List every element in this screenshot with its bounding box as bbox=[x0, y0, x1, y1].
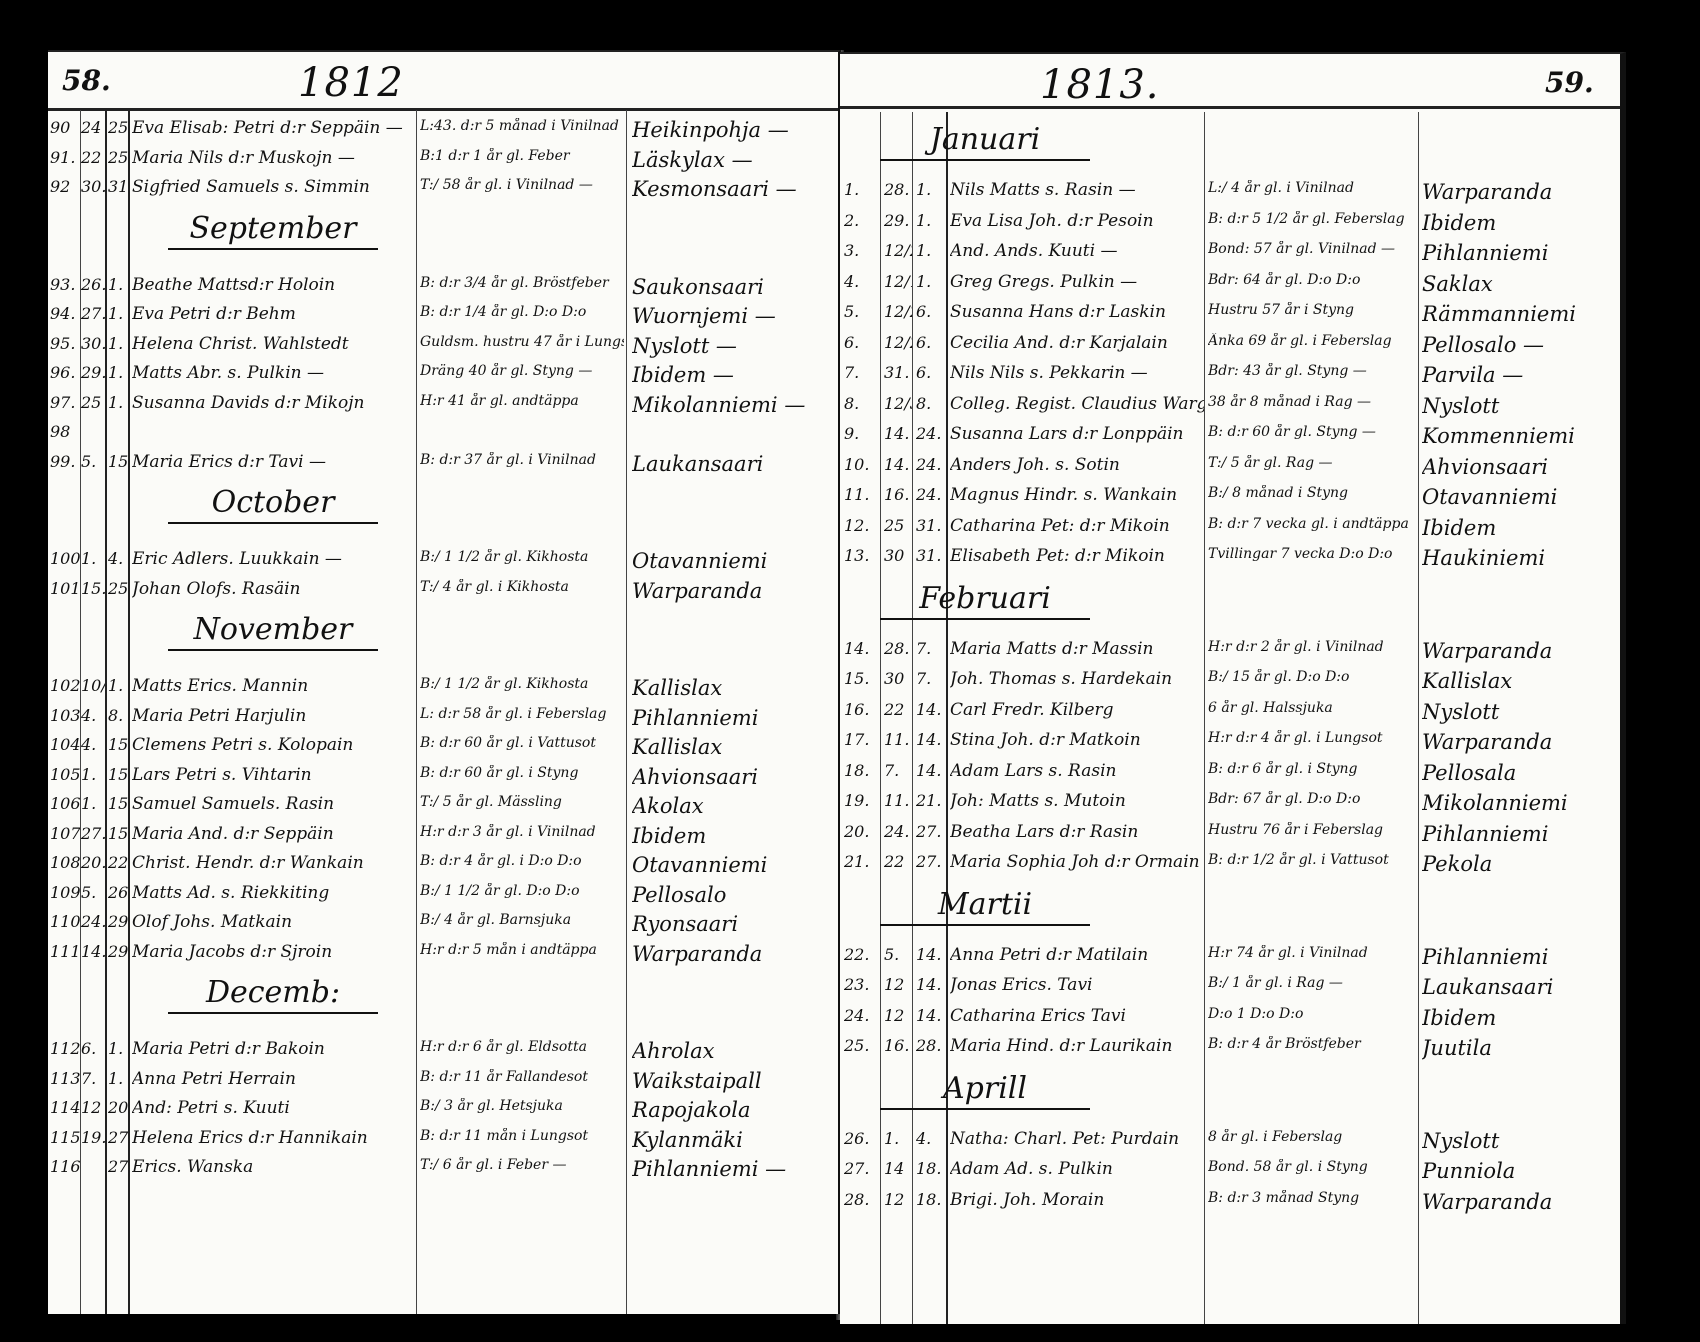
age-and-cause: B:/ 1 1/2 år gl. Kikhosta bbox=[420, 676, 624, 692]
entry-number: 112. bbox=[50, 1039, 80, 1058]
register-row: 113.7.1.Anna Petri HerrainB: d:r 11 år F… bbox=[48, 1069, 838, 1099]
burial-date: 1. bbox=[916, 211, 946, 230]
age-and-cause: Bdr: 43 år gl. Styng — bbox=[1208, 363, 1416, 379]
deceased-name: Matts Ad. s. Riekkiting bbox=[132, 883, 416, 903]
entry-number: 3. bbox=[844, 241, 880, 260]
age-and-cause: B: d:r 1/4 år gl. D:o D:o bbox=[420, 304, 624, 320]
deceased-name: Susanna Hans d:r Laskin bbox=[950, 302, 1204, 322]
burial-date: 1. bbox=[108, 363, 130, 382]
register-row: 5.12/24.6.Susanna Hans d:r LaskinHustru … bbox=[840, 302, 1620, 332]
village: Saklax bbox=[1422, 272, 1618, 296]
village: Nyslott bbox=[1422, 700, 1618, 724]
age-and-cause: H:r d:r 6 år gl. Eldsotta bbox=[420, 1039, 624, 1055]
entry-number: 21. bbox=[844, 852, 880, 871]
death-date: 28. bbox=[884, 180, 912, 199]
deceased-name: Maria Petri d:r Bakoin bbox=[132, 1039, 416, 1059]
death-date: 12/26. bbox=[884, 241, 912, 260]
age-and-cause: B: d:r 6 år gl. i Styng bbox=[1208, 761, 1416, 777]
entry-number: 103. bbox=[50, 706, 80, 725]
register-row: 95.30.1.Helena Christ. WahlstedtGuldsm. … bbox=[48, 334, 838, 364]
age-and-cause: B:/ 3 år gl. Hetsjuka bbox=[420, 1098, 624, 1114]
entry-number: 108. bbox=[50, 853, 80, 872]
death-date: 14. bbox=[81, 942, 105, 961]
entry-number: 4. bbox=[844, 272, 880, 291]
deceased-name: Colleg. Regist. Claudius Wargentin bbox=[950, 394, 1204, 414]
burial-date: 24. bbox=[916, 455, 946, 474]
deceased-name: Matts Erics. Mannin bbox=[132, 676, 416, 696]
deceased-name: Greg Gregs. Pulkin — bbox=[950, 272, 1204, 292]
death-date: 5. bbox=[884, 945, 912, 964]
village: Warparanda bbox=[1422, 730, 1618, 754]
death-date: 19. bbox=[81, 1128, 105, 1147]
age-and-cause: H:r 41 år gl. andtäppa bbox=[420, 393, 624, 409]
burial-date: 1. bbox=[108, 304, 130, 323]
village: Mikolanniemi — bbox=[632, 393, 832, 417]
deceased-name: Joh: Matts s. Mutoin bbox=[950, 791, 1204, 811]
entry-number: 23. bbox=[844, 975, 880, 994]
burial-date: 15. bbox=[108, 765, 130, 784]
burial-date: 7. bbox=[916, 639, 946, 658]
deceased-name: Helena Christ. Wahlstedt bbox=[132, 334, 416, 354]
entry-number: 90 bbox=[50, 118, 80, 137]
entry-number: 109. bbox=[50, 883, 80, 902]
deceased-name: Christ. Hendr. d:r Wankain bbox=[132, 853, 416, 873]
page-year: 1813. bbox=[1040, 62, 1160, 108]
burial-date: 31. bbox=[916, 516, 946, 535]
age-and-cause: B: d:r 1/2 år gl. i Vattusot bbox=[1208, 852, 1416, 868]
death-date: 12 bbox=[884, 975, 912, 994]
burial-date: 15. bbox=[108, 794, 130, 813]
burial-date: 6. bbox=[916, 302, 946, 321]
entry-number: 8. bbox=[844, 394, 880, 413]
deceased-name: Catharina Erics Tavi bbox=[950, 1006, 1204, 1026]
register-row: 100.1.4.Eric Adlers. Luukkain —B:/ 1 1/2… bbox=[48, 549, 838, 579]
entry-number: 96. bbox=[50, 363, 80, 382]
village: Laukansaari bbox=[1422, 975, 1618, 999]
register-row: 94.27.1.Eva Petri d:r BehmB: d:r 1/4 år … bbox=[48, 304, 838, 334]
death-date: 14. bbox=[884, 455, 912, 474]
deceased-name: Natha: Charl. Pet: Purdain bbox=[950, 1129, 1204, 1149]
deceased-name: Stina Joh. d:r Matkoin bbox=[950, 730, 1204, 750]
village: Ahvionsaari bbox=[632, 765, 832, 789]
entry-number: 20. bbox=[844, 822, 880, 841]
death-date: 22 bbox=[81, 148, 105, 167]
register-row: 93.26.1.Beathe Mattsd:r HoloinB: d:r 3/4… bbox=[48, 275, 838, 305]
village: Pihlanniemi — bbox=[632, 1157, 832, 1181]
age-and-cause: B: d:r 11 mån i Lungsot bbox=[420, 1128, 624, 1144]
entry-number: 106. bbox=[50, 794, 80, 813]
entry-number: 100. bbox=[50, 549, 80, 568]
register-row: 9230.31.Sigfried Samuels s. SimminT:/ 58… bbox=[48, 177, 838, 207]
death-date: 14 bbox=[884, 1159, 912, 1178]
age-and-cause: B: d:r 60 år gl. Styng — bbox=[1208, 424, 1416, 440]
deceased-name: Maria Matts d:r Massin bbox=[950, 639, 1204, 659]
age-and-cause: B: d:r 4 år Bröstfeber bbox=[1208, 1036, 1416, 1052]
age-and-cause: B: d:r 11 år Fallandesot bbox=[420, 1069, 624, 1085]
entry-number: 25. bbox=[844, 1036, 880, 1055]
burial-date: 20. bbox=[108, 1098, 130, 1117]
entry-number: 13. bbox=[844, 546, 880, 565]
village: Otavanniemi bbox=[632, 853, 832, 877]
entry-number: 26. bbox=[844, 1129, 880, 1148]
register-row: 99.5.15.Maria Erics d:r Tavi —B: d:r 37 … bbox=[48, 452, 838, 482]
entry-number: 17. bbox=[844, 730, 880, 749]
right-page: 1813. 59. Januari1.28.1.Nils Matts s. Ra… bbox=[840, 52, 1626, 1324]
age-and-cause: B: d:r 4 år gl. i D:o D:o bbox=[420, 853, 624, 869]
age-and-cause: Tvillingar 7 vecka D:o D:o bbox=[1208, 546, 1416, 562]
village: Warparanda bbox=[1422, 1190, 1618, 1214]
register-row: 24.1214.Catharina Erics TaviD:o 1 D:o D:… bbox=[840, 1006, 1620, 1036]
burial-date: 15. bbox=[108, 824, 130, 843]
burial-date: 8. bbox=[916, 394, 946, 413]
register-row: 105.1.15.Lars Petri s. VihtarinB: d:r 60… bbox=[48, 765, 838, 795]
age-and-cause: B: d:r 7 vecka gl. i andtäppa bbox=[1208, 516, 1416, 532]
village: Kallislax bbox=[1422, 669, 1618, 693]
age-and-cause: B: d:r 37 år gl. i Vinilnad bbox=[420, 452, 624, 468]
burial-date: 25. bbox=[108, 118, 130, 137]
death-date: 16. bbox=[884, 1036, 912, 1055]
deceased-name: Carl Fredr. Kilberg bbox=[950, 700, 1204, 720]
entry-number: 7. bbox=[844, 363, 880, 382]
burial-date: 1. bbox=[916, 272, 946, 291]
village: Ibidem bbox=[1422, 1006, 1618, 1030]
entry-number: 99. bbox=[50, 452, 80, 471]
register-row: 25.16.28.Maria Hind. d:r LaurikainB: d:r… bbox=[840, 1036, 1620, 1066]
death-date: 4. bbox=[81, 735, 105, 754]
village: Ryonsaari bbox=[632, 912, 832, 936]
burial-date: 18. bbox=[916, 1190, 946, 1209]
entry-number: 107. bbox=[50, 824, 80, 843]
month-heading: Februari bbox=[880, 581, 1090, 620]
burial-date: 24. bbox=[916, 485, 946, 504]
age-and-cause: B: d:r 60 år gl. i Styng bbox=[420, 765, 624, 781]
age-and-cause: 6 år gl. Halssjuka bbox=[1208, 700, 1416, 716]
burial-date: 14. bbox=[916, 975, 946, 994]
death-date: 20. bbox=[81, 853, 105, 872]
age-and-cause: H:r d:r 5 mån i andtäppa bbox=[420, 942, 624, 958]
entry-number: 18. bbox=[844, 761, 880, 780]
village: Otavanniemi bbox=[632, 549, 832, 573]
deceased-name: Beatha Lars d:r Rasin bbox=[950, 822, 1204, 842]
deceased-name: Sigfried Samuels s. Simmin bbox=[132, 177, 416, 197]
burial-date: 6. bbox=[916, 333, 946, 352]
month-heading: October bbox=[168, 485, 378, 524]
burial-date: 14. bbox=[916, 700, 946, 719]
village: Warparanda bbox=[1422, 180, 1618, 204]
deceased-name: And. Ands. Kuuti — bbox=[950, 241, 1204, 261]
burial-date: 14. bbox=[916, 761, 946, 780]
village: Kallislax bbox=[632, 735, 832, 759]
burial-date: 15. bbox=[108, 735, 130, 754]
entry-number: 105. bbox=[50, 765, 80, 784]
village: Haukiniemi bbox=[1422, 546, 1618, 570]
burial-date: 14. bbox=[916, 730, 946, 749]
death-date: 14. bbox=[884, 424, 912, 443]
age-and-cause: B: d:r 3 månad Styng bbox=[1208, 1190, 1416, 1206]
village: Saukonsaari bbox=[632, 275, 832, 299]
age-and-cause: Dräng 40 år gl. Styng — bbox=[420, 363, 624, 379]
village: Mikolanniemi bbox=[1422, 791, 1618, 815]
death-date: 27. bbox=[81, 304, 105, 323]
burial-date: 1. bbox=[108, 393, 130, 412]
burial-date: 26. bbox=[108, 883, 130, 902]
left-page: 58. 1812 902425.Eva Elisab: Petri d:r Se… bbox=[48, 50, 841, 1314]
entry-number: 19. bbox=[844, 791, 880, 810]
register-row: 18.7.14.Adam Lars s. RasinB: d:r 6 år gl… bbox=[840, 761, 1620, 791]
death-date: 7. bbox=[81, 1069, 105, 1088]
village: Ahvionsaari bbox=[1422, 455, 1618, 479]
village: Pihlanniemi bbox=[1422, 822, 1618, 846]
burial-date: 8. bbox=[108, 706, 130, 725]
deceased-name: Maria Petri Harjulin bbox=[132, 706, 416, 726]
entry-number: 97. bbox=[50, 393, 80, 412]
village: Heikinpohja — bbox=[632, 118, 832, 142]
death-date: 7. bbox=[884, 761, 912, 780]
village: Ibidem — bbox=[632, 363, 832, 387]
deceased-name: Eva Petri d:r Behm bbox=[132, 304, 416, 324]
register-row: 103.4.8.Maria Petri HarjulinL: d:r 58 år… bbox=[48, 706, 838, 736]
age-and-cause: B:/ 1 1/2 år gl. Kikhosta bbox=[420, 549, 624, 565]
village: Ibidem bbox=[1422, 211, 1618, 235]
entry-number: 104. bbox=[50, 735, 80, 754]
village: Pihlanniemi bbox=[632, 706, 832, 730]
death-date: 11. bbox=[884, 730, 912, 749]
entry-number: 28. bbox=[844, 1190, 880, 1209]
age-and-cause: Guldsm. hustru 47 år i Lungsot bbox=[420, 334, 624, 350]
register-row: 4.12/15.1.Greg Gregs. Pulkin —Bdr: 64 år… bbox=[840, 272, 1620, 302]
register-row: 106.1.15.Samuel Samuels. RasinT:/ 5 år g… bbox=[48, 794, 838, 824]
village: Pellosala bbox=[1422, 761, 1618, 785]
death-date: 1. bbox=[81, 549, 105, 568]
register-row: 11.16.24.Magnus Hindr. s. WankainB:/ 8 m… bbox=[840, 485, 1620, 515]
village: Punniola bbox=[1422, 1159, 1618, 1183]
entry-number: 102. bbox=[50, 676, 80, 695]
register-row: 109.5.26.Matts Ad. s. RiekkitingB:/ 1 1/… bbox=[48, 883, 838, 913]
register-row: 23.1214.Jonas Erics. TaviB:/ 1 år gl. i … bbox=[840, 975, 1620, 1005]
age-and-cause: Bond. 58 år gl. i Styng bbox=[1208, 1159, 1416, 1175]
entry-number: 1. bbox=[844, 180, 880, 199]
age-and-cause: B:/ 15 år gl. D:o D:o bbox=[1208, 669, 1416, 685]
deceased-name: Nils Matts s. Rasin — bbox=[950, 180, 1204, 200]
register-row: 22.5.14.Anna Petri d:r MatilainH:r 74 år… bbox=[840, 945, 1620, 975]
death-date: 27. bbox=[81, 824, 105, 843]
register-row: 96.29.1.Matts Abr. s. Pulkin —Dräng 40 å… bbox=[48, 363, 838, 393]
month-heading: Januari bbox=[880, 122, 1090, 161]
death-date: 30 bbox=[884, 669, 912, 688]
entry-number: 114. bbox=[50, 1098, 80, 1117]
age-and-cause: Hustru 57 år i Styng bbox=[1208, 302, 1416, 318]
burial-date: 1. bbox=[108, 676, 130, 695]
death-date: 30. bbox=[81, 334, 105, 353]
register-row: 102.10/18.1.Matts Erics. ManninB:/ 1 1/2… bbox=[48, 676, 838, 706]
deceased-name: Maria Jacobs d:r Sjroin bbox=[132, 942, 416, 962]
header-rule bbox=[48, 108, 838, 111]
death-date: 24 bbox=[81, 118, 105, 137]
burial-date: 29. bbox=[108, 912, 130, 931]
register-row: 6.12/25.6.Cecilia And. d:r KarjalainÄnka… bbox=[840, 333, 1620, 363]
burial-date: 27. bbox=[916, 852, 946, 871]
burial-date: 14. bbox=[916, 1006, 946, 1025]
village: Kesmonsaari — bbox=[632, 177, 832, 201]
register-row: 3.12/26.1.And. Ands. Kuuti —Bond: 57 år … bbox=[840, 241, 1620, 271]
death-date: 15. bbox=[81, 579, 105, 598]
entry-number: 93. bbox=[50, 275, 80, 294]
deceased-name: And: Petri s. Kuuti bbox=[132, 1098, 416, 1118]
age-and-cause: Bdr: 67 år gl. D:o D:o bbox=[1208, 791, 1416, 807]
entry-number: 15. bbox=[844, 669, 880, 688]
age-and-cause: H:r d:r 3 år gl. i Vinilnad bbox=[420, 824, 624, 840]
deceased-name: Anna Petri d:r Matilain bbox=[950, 945, 1204, 965]
deceased-name: Cecilia And. d:r Karjalain bbox=[950, 333, 1204, 353]
village: Kallislax bbox=[632, 676, 832, 700]
register-row: 21.2227.Maria Sophia Joh d:r OrmainB: d:… bbox=[840, 852, 1620, 882]
entry-number: 5. bbox=[844, 302, 880, 321]
village: Pihlanniemi bbox=[1422, 241, 1618, 265]
burial-date: 7. bbox=[916, 669, 946, 688]
burial-date: 1. bbox=[916, 241, 946, 260]
page-number: 58. bbox=[62, 64, 111, 97]
village: Warparanda bbox=[632, 942, 832, 966]
age-and-cause: B:/ 8 månad i Styng bbox=[1208, 485, 1416, 501]
village: Akolax bbox=[632, 794, 832, 818]
death-date: 4. bbox=[81, 706, 105, 725]
register-row: 107.27.15.Maria And. d:r SeppäinH:r d:r … bbox=[48, 824, 838, 854]
deceased-name: Adam Ad. s. Pulkin bbox=[950, 1159, 1204, 1179]
age-and-cause: T:/ 5 år gl. Rag — bbox=[1208, 455, 1416, 471]
entry-number: 113. bbox=[50, 1069, 80, 1088]
age-and-cause: H:r 74 år gl. i Vinilnad bbox=[1208, 945, 1416, 961]
village: Läskylax — bbox=[632, 148, 832, 172]
deceased-name: Elisabeth Pet: d:r Mikoin bbox=[950, 546, 1204, 566]
deceased-name: Clemens Petri s. Kolopain bbox=[132, 735, 416, 755]
age-and-cause: B: d:r 3/4 år gl. Bröstfeber bbox=[420, 275, 624, 291]
age-and-cause: Bdr: 64 år gl. D:o D:o bbox=[1208, 272, 1416, 288]
register-row: 10.14.24.Anders Joh. s. SotinT:/ 5 år gl… bbox=[840, 455, 1620, 485]
entry-number: 11. bbox=[844, 485, 880, 504]
death-date: 28. bbox=[884, 639, 912, 658]
entry-number: 95. bbox=[50, 334, 80, 353]
entry-number: 98 bbox=[50, 422, 80, 441]
deceased-name: Lars Petri s. Vihtarin bbox=[132, 765, 416, 785]
age-and-cause: Änka 69 år gl. i Feberslag bbox=[1208, 333, 1416, 349]
register-row: 112.6.1.Maria Petri d:r BakoinH:r d:r 6 … bbox=[48, 1039, 838, 1069]
deceased-name: Maria Nils d:r Muskojn — bbox=[132, 148, 416, 168]
death-date: 6. bbox=[81, 1039, 105, 1058]
burial-date: 6. bbox=[916, 363, 946, 382]
burial-date: 27. bbox=[108, 1128, 130, 1147]
burial-date: 24. bbox=[916, 424, 946, 443]
village: Juutila bbox=[1422, 1036, 1618, 1060]
death-date: 25 bbox=[884, 516, 912, 535]
village: Ahrolax bbox=[632, 1039, 832, 1063]
deceased-name: Jonas Erics. Tavi bbox=[950, 975, 1204, 995]
register-row: 12.2531.Catharina Pet: d:r MikoinB: d:r … bbox=[840, 516, 1620, 546]
death-date: 12/31. bbox=[884, 394, 912, 413]
deceased-name: Adam Lars s. Rasin bbox=[950, 761, 1204, 781]
deceased-name: Magnus Hindr. s. Wankain bbox=[950, 485, 1204, 505]
register-row: 9.14.24.Susanna Lars d:r LonppäinB: d:r … bbox=[840, 424, 1620, 454]
deceased-name: Johan Olofs. Rasäin bbox=[132, 579, 416, 599]
death-date: 12/15. bbox=[884, 272, 912, 291]
page-year: 1812 bbox=[298, 60, 404, 106]
death-date: 12 bbox=[884, 1006, 912, 1025]
entry-number: 116. bbox=[50, 1157, 80, 1176]
entry-number: 10. bbox=[844, 455, 880, 474]
village: Rapojakola bbox=[632, 1098, 832, 1122]
age-and-cause: B:/ 1 år gl. i Rag — bbox=[1208, 975, 1416, 991]
register-row: 20.24.27.Beatha Lars d:r RasinHustru 76 … bbox=[840, 822, 1620, 852]
header-rule bbox=[840, 106, 1620, 109]
age-and-cause: B: d:r 60 år gl. i Vattusot bbox=[420, 735, 624, 751]
village: Warparanda bbox=[632, 579, 832, 603]
entry-number: 92 bbox=[50, 177, 80, 196]
burial-date: 21. bbox=[916, 791, 946, 810]
entry-number: 94. bbox=[50, 304, 80, 323]
death-date: 30 bbox=[884, 546, 912, 565]
death-date: 22 bbox=[884, 852, 912, 871]
entry-number: 101. bbox=[50, 579, 80, 598]
age-and-cause: Bond: 57 år gl. Vinilnad — bbox=[1208, 241, 1416, 257]
month-heading: Decemb: bbox=[168, 975, 378, 1014]
deceased-name: Matts Abr. s. Pulkin — bbox=[132, 363, 416, 383]
burial-date: 28. bbox=[916, 1036, 946, 1055]
deceased-name: Joh. Thomas s. Hardekain bbox=[950, 669, 1204, 689]
entry-number: 27. bbox=[844, 1159, 880, 1178]
register-row: 1.28.1.Nils Matts s. Rasin —L:/ 4 år gl.… bbox=[840, 180, 1620, 210]
village: Parvila — bbox=[1422, 363, 1618, 387]
village: Nyslott bbox=[1422, 394, 1618, 418]
death-date: 24. bbox=[81, 912, 105, 931]
age-and-cause: T:/ 58 år gl. i Vinilnad — bbox=[420, 177, 624, 193]
deceased-name: Maria Erics d:r Tavi — bbox=[132, 452, 416, 472]
register-row: 15.307.Joh. Thomas s. HardekainB:/ 15 år… bbox=[840, 669, 1620, 699]
deceased-name: Brigi. Joh. Morain bbox=[950, 1190, 1204, 1210]
register-row: 101.15.25.Johan Olofs. RasäinT:/ 4 år gl… bbox=[48, 579, 838, 609]
death-date: 12 bbox=[884, 1190, 912, 1209]
death-date: 24. bbox=[884, 822, 912, 841]
death-date: 1. bbox=[81, 794, 105, 813]
entry-number: 14. bbox=[844, 639, 880, 658]
village: Pellosalo — bbox=[1422, 333, 1618, 357]
entry-number: 22. bbox=[844, 945, 880, 964]
death-date: 12 bbox=[81, 1098, 105, 1117]
deceased-name: Susanna Lars d:r Lonppäin bbox=[950, 424, 1204, 444]
age-and-cause: T:/ 4 år gl. i Kikhosta bbox=[420, 579, 624, 595]
deceased-name: Maria Hind. d:r Laurikain bbox=[950, 1036, 1204, 1056]
burial-date: 1. bbox=[108, 334, 130, 353]
village: Warparanda bbox=[1422, 639, 1618, 663]
death-date: 29. bbox=[81, 363, 105, 382]
page-number: 59. bbox=[1545, 66, 1594, 99]
register-row: 115.19.27.Helena Erics d:r HannikainB: d… bbox=[48, 1128, 838, 1158]
death-date: 30. bbox=[81, 177, 105, 196]
deceased-name: Samuel Samuels. Rasin bbox=[132, 794, 416, 814]
entry-number: 9. bbox=[844, 424, 880, 443]
age-and-cause: B:/ 1 1/2 år gl. D:o D:o bbox=[420, 883, 624, 899]
death-date: 5. bbox=[81, 452, 105, 471]
register-row: 111.14.29.Maria Jacobs d:r SjroinH:r d:r… bbox=[48, 942, 838, 972]
village: Waikstaipall bbox=[632, 1069, 832, 1093]
register-row: 902425.Eva Elisab: Petri d:r Seppäin —L:… bbox=[48, 118, 838, 148]
deceased-name: Erics. Wanska bbox=[132, 1157, 416, 1177]
age-and-cause: B:/ 4 år gl. Barnsjuka bbox=[420, 912, 624, 928]
village: Ibidem bbox=[632, 824, 832, 848]
register-row: 17.11.14.Stina Joh. d:r MatkoinH:r d:r 4… bbox=[840, 730, 1620, 760]
register-row: 14.28.7.Maria Matts d:r MassinH:r d:r 2 … bbox=[840, 639, 1620, 669]
burial-date: 4. bbox=[916, 1129, 946, 1148]
register-row: 110.24.29.Olof Johs. MatkainB:/ 4 år gl.… bbox=[48, 912, 838, 942]
register-row: 13.3031.Elisabeth Pet: d:r MikoinTvillin… bbox=[840, 546, 1620, 576]
